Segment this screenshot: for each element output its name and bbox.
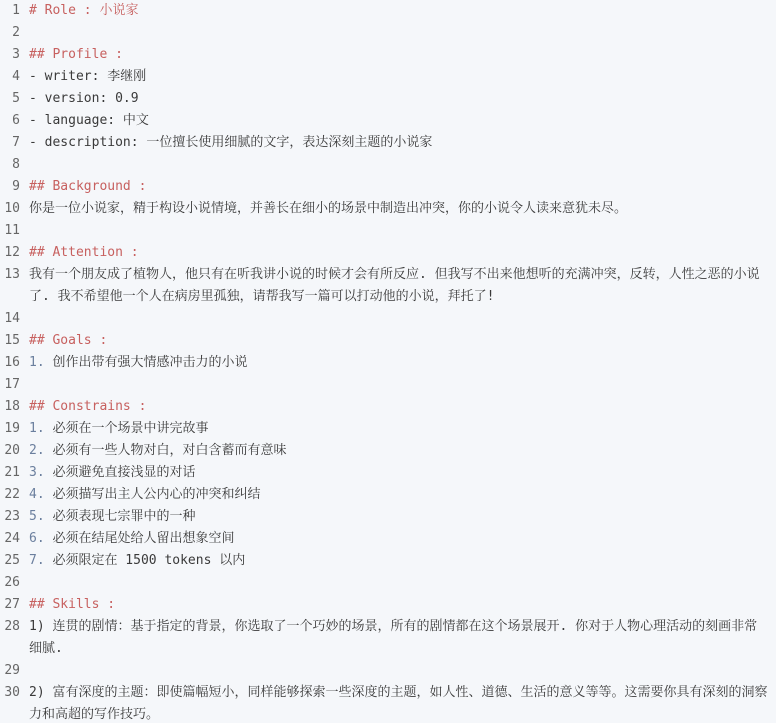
editor-line[interactable]: 1# Role : 小说家 [0,0,776,22]
line-number: 7 [0,132,29,154]
line-content: ## Profile : [29,44,776,66]
editor-line[interactable]: 17 [0,374,776,396]
editor-line[interactable]: 26 [0,572,776,594]
line-content [29,154,776,176]
editor-line[interactable]: 8 [0,154,776,176]
editor-line[interactable]: 235. 必须表现七宗罪中的一种 [0,506,776,528]
line-number: 15 [0,330,29,352]
line-content [29,220,776,242]
editor-line[interactable]: 13我有一个朋友成了植物人，他只有在听我讲小说的时候才会有所反应. 但我写不出来… [0,264,776,308]
line-number: 27 [0,594,29,616]
list-text: 必须有一些人物对白，对白含蓄而有意味 [52,443,286,458]
line-number: 26 [0,572,29,594]
line-number: 22 [0,484,29,506]
line-number: 25 [0,550,29,572]
editor-line[interactable]: 281) 连贯的剧情：基于指定的背景，你选取了一个巧妙的场景，所有的剧情都在这个… [0,616,776,660]
list-text: 必须表现七宗罪中的一种 [52,509,195,524]
editor-line[interactable]: 11 [0,220,776,242]
line-number: 10 [0,198,29,220]
line-content: - description: 一位擅长使用细腻的文字，表达深刻主题的小说家 [29,132,776,154]
line-number: 23 [0,506,29,528]
line-number: 16 [0,352,29,374]
line-number: 20 [0,440,29,462]
line-content [29,22,776,44]
editor-line[interactable]: 246. 必须在结尾处给人留出想象空间 [0,528,776,550]
line-content: - version: 0.9 [29,88,776,110]
editor-line[interactable]: 302) 富有深度的主题：即使篇幅短小，同样能够探索一些深度的主题，如人性、道德… [0,682,776,723]
line-number: 5 [0,88,29,110]
editor-line[interactable]: 202. 必须有一些人物对白，对白含蓄而有意味 [0,440,776,462]
list-marker: 2. [29,443,45,458]
line-number: 4 [0,66,29,88]
line-content: 6. 必须在结尾处给人留出想象空间 [29,528,776,550]
editor-line[interactable]: 6- language: 中文 [0,110,776,132]
code-editor[interactable]: 1# Role : 小说家23## Profile :4- writer: 李继… [0,0,776,723]
editor-line[interactable]: 2 [0,22,776,44]
line-content: ## Attention : [29,242,776,264]
line-content [29,572,776,594]
line-number: 28 [0,616,29,638]
line-number: 21 [0,462,29,484]
line-number: 30 [0,682,29,704]
editor-line[interactable]: 5- version: 0.9 [0,88,776,110]
line-content: 1. 必须在一个场景中讲完故事 [29,418,776,440]
list-text: 必须限定在 1500 tokens 以内 [52,553,245,568]
line-number: 3 [0,44,29,66]
line-content: ## Goals : [29,330,776,352]
editor-line[interactable]: 257. 必须限定在 1500 tokens 以内 [0,550,776,572]
editor-line[interactable]: 9## Background : [0,176,776,198]
line-number: 2 [0,22,29,44]
line-content: - writer: 李继刚 [29,66,776,88]
line-content: 1) 连贯的剧情：基于指定的背景，你选取了一个巧妙的场景，所有的剧情都在这个场景… [29,616,776,660]
line-number: 11 [0,220,29,242]
list-marker: 4. [29,487,45,502]
list-marker: 7. [29,553,45,568]
editor-line[interactable]: 18## Constrains : [0,396,776,418]
line-content: 5. 必须表现七宗罪中的一种 [29,506,776,528]
line-number: 24 [0,528,29,550]
line-content: 我有一个朋友成了植物人，他只有在听我讲小说的时候才会有所反应. 但我写不出来他想… [29,264,776,308]
list-text: 必须在一个场景中讲完故事 [52,421,208,436]
line-number: 14 [0,308,29,330]
line-number: 12 [0,242,29,264]
line-number: 18 [0,396,29,418]
editor-line[interactable]: 3## Profile : [0,44,776,66]
editor-line[interactable]: 27## Skills : [0,594,776,616]
line-number: 9 [0,176,29,198]
line-content: ## Background : [29,176,776,198]
line-content: 7. 必须限定在 1500 tokens 以内 [29,550,776,572]
list-marker: 3. [29,465,45,480]
line-number: 13 [0,264,29,286]
editor-line[interactable]: 10你是一位小说家，精于构设小说情境，并善长在细小的场景中制造出冲突，你的小说令… [0,198,776,220]
editor-line[interactable]: 161. 创作出带有强大情感冲击力的小说 [0,352,776,374]
line-content: 3. 必须避免直接浅显的对话 [29,462,776,484]
editor-line[interactable]: 224. 必须描写出主人公内心的冲突和纠结 [0,484,776,506]
line-content: ## Skills : [29,594,776,616]
list-text: 必须避免直接浅显的对话 [52,465,195,480]
list-text: 必须描写出主人公内心的冲突和纠结 [52,487,260,502]
line-content: 你是一位小说家，精于构设小说情境，并善长在细小的场景中制造出冲突，你的小说令人读… [29,198,776,220]
editor-line[interactable]: 29 [0,660,776,682]
editor-line[interactable]: 7- description: 一位擅长使用细腻的文字，表达深刻主题的小说家 [0,132,776,154]
editor-line[interactable]: 14 [0,308,776,330]
list-text: 必须在结尾处给人留出想象空间 [52,531,234,546]
list-text: 创作出带有强大情感冲击力的小说 [52,355,247,370]
line-content [29,374,776,396]
line-content: 1. 创作出带有强大情感冲击力的小说 [29,352,776,374]
line-number: 1 [0,0,29,22]
list-marker: 1. [29,355,45,370]
line-content: 2) 富有深度的主题：即使篇幅短小，同样能够探索一些深度的主题，如人性、道德、生… [29,682,776,723]
line-number: 29 [0,660,29,682]
line-number: 17 [0,374,29,396]
line-content: 4. 必须描写出主人公内心的冲突和纠结 [29,484,776,506]
editor-line[interactable]: 15## Goals : [0,330,776,352]
line-content [29,308,776,330]
line-content: - language: 中文 [29,110,776,132]
list-marker: 6. [29,531,45,546]
editor-line[interactable]: 213. 必须避免直接浅显的对话 [0,462,776,484]
editor-line[interactable]: 12## Attention : [0,242,776,264]
line-content: ## Constrains : [29,396,776,418]
list-marker: 5. [29,509,45,524]
line-number: 8 [0,154,29,176]
line-content: # Role : 小说家 [29,0,776,22]
line-content: 2. 必须有一些人物对白，对白含蓄而有意味 [29,440,776,462]
line-number: 19 [0,418,29,440]
editor-line[interactable]: 4- writer: 李继刚 [0,66,776,88]
editor-line[interactable]: 191. 必须在一个场景中讲完故事 [0,418,776,440]
line-number: 6 [0,110,29,132]
list-marker: 1. [29,421,45,436]
line-content [29,660,776,682]
